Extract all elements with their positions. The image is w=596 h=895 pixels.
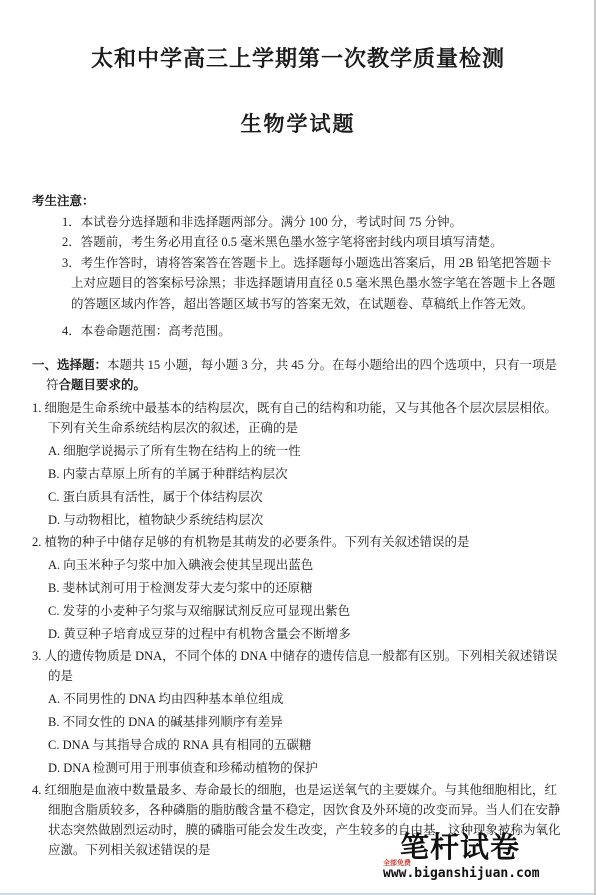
question-2: 2. 植物的种子中储存足够的有机物是其萌发的必要条件。下列有关叙述错误的是 A.… (32, 532, 564, 644)
exam-subtitle: 生物学试题 (32, 110, 564, 138)
option-a: A. 不同男性的 DNA 均由四种基本单位组成 (48, 689, 564, 709)
notice-heading: 考生注意： (32, 191, 564, 212)
question-stem: 1. 细胞是生命系统中最基本的结构层次，既有自己的结构和功能，又与其他各个层次层… (32, 398, 564, 438)
option-d: D. 黄豆种子培育成豆芽的过程中有机物含量会不断增多 (48, 624, 564, 644)
question-list: 1. 细胞是生命系统中最基本的结构层次，既有自己的结构和功能，又与其他各个层次层… (32, 398, 564, 860)
watermark: 笔杆试卷 全部免费 www.biganshijuan.com (383, 832, 568, 882)
question-3: 3. 人的遗传物质是 DNA，不同个体的 DNA 中储存的遗传信息一般都有区别。… (32, 646, 564, 778)
question-text: 人的遗传物质是 DNA，不同个体的 DNA 中储存的遗传信息一般都有区别。下列相… (45, 649, 558, 683)
question-number: 4. (32, 783, 41, 797)
question-stem: 2. 植物的种子中储存足够的有机物是其萌发的必要条件。下列有关叙述错误的是 (32, 532, 564, 552)
option-a: A. 细胞学说揭示了所有生物在结构上的统一性 (48, 441, 564, 461)
option-d: D. 与动物相比，植物缺少系统结构层次 (48, 510, 564, 530)
question-text: 细胞是生命系统中最基本的结构层次，既有自己的结构和功能，又与其他各个层次层层相依… (45, 401, 558, 435)
watermark-url: www.biganshijuan.com (383, 865, 568, 882)
notice-item-1: 1．本试卷分选择题和非选择题两部分。满分 100 分，考试时间 75 分钟。 (62, 212, 564, 233)
question-text: 植物的种子中储存足够的有机物是其萌发的必要条件。下列有关叙述错误的是 (45, 535, 470, 549)
question-number: 1. (32, 401, 41, 415)
question-stem: 3. 人的遗传物质是 DNA，不同个体的 DNA 中储存的遗传信息一般都有区别。… (32, 646, 564, 686)
notice-item-3: 3．考生作答时，请将答案答在答题卡上。选择题每小题选出答案后，用 2B 铅笔把答… (62, 253, 564, 315)
question-1: 1. 细胞是生命系统中最基本的结构层次，既有自己的结构和功能，又与其他各个层次层… (32, 398, 564, 530)
section-heading-tail: 合题目要求的。 (59, 378, 147, 392)
notice-item-4: 4．本卷命题范围：高考范围。 (62, 321, 564, 342)
option-b: B. 不同女性的 DNA 的碱基排列顺序有差异 (48, 712, 564, 732)
option-c: C. 蛋白质具有活性，属于个体结构层次 (48, 487, 564, 507)
option-b: B. 斐林试剂可用于检测发芽大麦匀浆中的还原糖 (48, 578, 564, 598)
option-b: B. 内蒙古草原上所有的羊属于种群结构层次 (48, 464, 564, 484)
option-c: C. DNA 与其指导合成的 RNA 具有相同的五碳糖 (48, 735, 564, 755)
watermark-brand-text: 笔杆试卷 (400, 832, 568, 865)
question-number: 2. (32, 535, 41, 549)
notice-item-2: 2．答题前，考生务必用直径 0.5 毫米黑色墨水签字笔将密封线内项目填写清楚。 (62, 232, 564, 253)
exam-title: 太和中学高三上学期第一次教学质量检测 (32, 45, 564, 73)
question-number: 3. (32, 649, 41, 663)
option-a: A. 向玉米种子匀浆中加入碘液会使其呈现出蓝色 (48, 555, 564, 575)
notice-section: 考生注意： 1．本试卷分选择题和非选择题两部分。满分 100 分，考试时间 75… (32, 191, 564, 342)
watermark-tagline: 全部免费 (383, 859, 411, 867)
exam-document-page: 太和中学高三上学期第一次教学质量检测 生物学试题 考生注意： 1．本试卷分选择题… (0, 0, 596, 895)
option-d: D. DNA 检测可用于刑事侦查和珍稀动植物的保护 (48, 758, 564, 778)
option-c: C. 发芽的小麦种子匀浆与双缩脲试剂反应可显现出紫色 (48, 601, 564, 621)
section-heading: 一、选择题：本题共 15 小题，每小题 3 分，共 45 分。在每小题给出的四个… (32, 355, 564, 396)
section-heading-lead: 一、选择题： (32, 358, 107, 372)
